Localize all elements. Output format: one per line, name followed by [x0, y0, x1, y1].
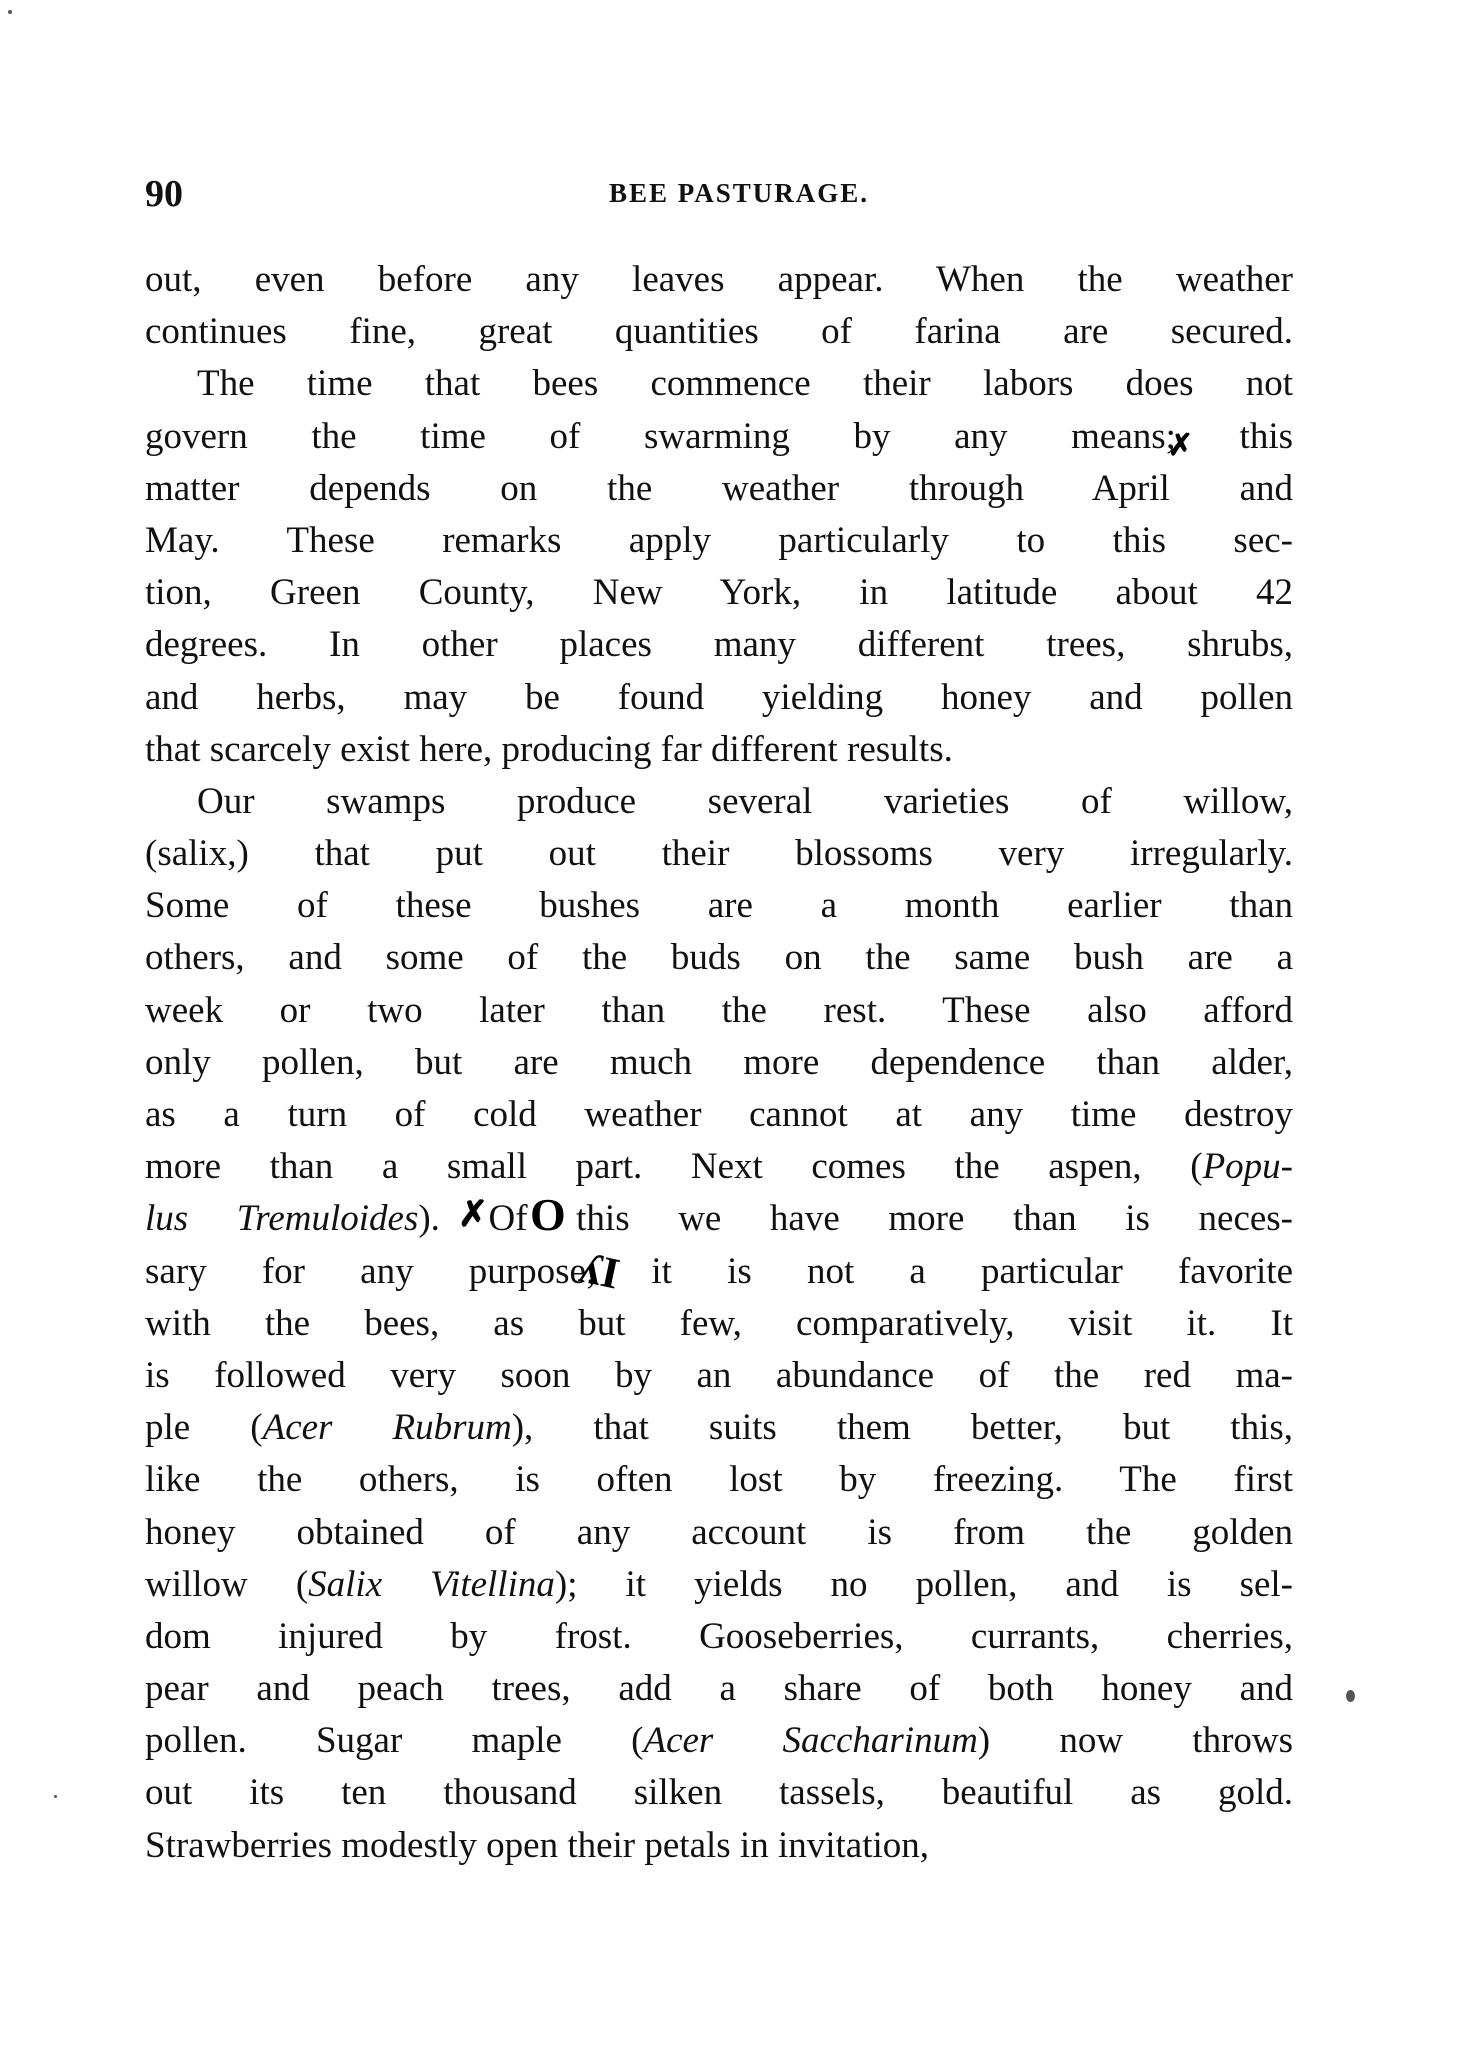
text-line: out its ten thousand silken tassels, bea… — [145, 1767, 1293, 1819]
text-line: sary for any purpose; it is not a partic… — [145, 1246, 1293, 1298]
italic-botanical-name: Acer Rubrum — [263, 1407, 512, 1448]
handwritten-mark: O — [530, 1188, 566, 1241]
text-line: honey obtained of any account is from th… — [145, 1507, 1293, 1559]
text-line: The time that bees commence their labors… — [145, 358, 1293, 410]
text-line: that scarcely exist here, producing far … — [145, 724, 1293, 776]
text-line: Some of these bushes are a month earlier… — [145, 880, 1293, 932]
roman-text: more than a small part. Next comes the a… — [145, 1146, 1203, 1187]
text-line: as a turn of cold weather cannot at any … — [145, 1089, 1293, 1141]
roman-text: ), that suits them better, but this, — [512, 1407, 1293, 1448]
text-line: others, and some of the buds on the same… — [145, 932, 1293, 984]
ink-speck — [54, 1795, 57, 1798]
text-line: willow (Salix Vitellina); it yields no p… — [145, 1559, 1293, 1611]
italic-botanical-name: Acer Saccharinum — [643, 1720, 977, 1761]
text-line: tion, Green County, New York, in latitud… — [145, 567, 1293, 619]
text-line: Strawberries modestly open their petals … — [145, 1820, 1293, 1872]
roman-text: willow ( — [145, 1564, 308, 1605]
text-line: only pollen, but are much more dependenc… — [145, 1037, 1293, 1089]
roman-text: ple ( — [145, 1407, 263, 1448]
text-line: continues fine, great quantities of fari… — [145, 306, 1293, 358]
text-line: out, even before any leaves appear. When… — [145, 254, 1293, 306]
text-line: week or two later than the rest. These a… — [145, 985, 1293, 1037]
running-head: 90 BEE PASTURAGE. — [145, 172, 1293, 222]
ink-speck — [1346, 1690, 1355, 1702]
text-line: with the bees, as but few, comparatively… — [145, 1298, 1293, 1350]
handwritten-mark: ✗ — [458, 1193, 488, 1235]
text-line: dom injured by frost. Gooseberries, curr… — [145, 1611, 1293, 1663]
book-page: 90 BEE PASTURAGE. out, even before any l… — [0, 0, 1465, 2072]
ink-speck — [8, 10, 12, 14]
text-line: (salix,) that put out their blossoms ver… — [145, 828, 1293, 880]
text-line: pollen. Sugar maple (Acer Saccharinum) n… — [145, 1715, 1293, 1767]
roman-text: ); it yields no pollen, and is sel- — [555, 1564, 1293, 1605]
italic-botanical-name: lus Tremuloides — [145, 1198, 418, 1239]
text-line: pear and peach trees, add a share of bot… — [145, 1663, 1293, 1715]
text-line: Our swamps produce several varieties of … — [145, 776, 1293, 828]
text-line: like the others, is often lost by freezi… — [145, 1454, 1293, 1506]
roman-text: pollen. Sugar maple ( — [145, 1720, 643, 1761]
text-line: ple (Acer Rubrum), that suits them bette… — [145, 1402, 1293, 1454]
text-line: govern the time of swarming by any means… — [145, 411, 1293, 463]
italic-botanical-name: Popu- — [1203, 1146, 1293, 1187]
text-line: and herbs, may be found yielding honey a… — [145, 672, 1293, 724]
text-line: degrees. In other places many different … — [145, 619, 1293, 671]
handwritten-mark: ✗ — [1168, 428, 1193, 463]
text-line: is followed very soon by an abundance of… — [145, 1350, 1293, 1402]
italic-botanical-name: Salix Vitellina — [308, 1564, 555, 1605]
running-title: BEE PASTURAGE. — [145, 178, 1293, 209]
text-line: May. These remarks apply particularly to… — [145, 515, 1293, 567]
text-line: lus Tremuloides). Of this we have more t… — [145, 1193, 1293, 1245]
roman-text: ) now throws — [978, 1720, 1293, 1761]
text-line: more than a small part. Next comes the a… — [145, 1141, 1293, 1193]
text-line: matter depends on the weather through Ap… — [145, 463, 1293, 515]
body-text: out, even before any leaves appear. When… — [145, 254, 1293, 1872]
